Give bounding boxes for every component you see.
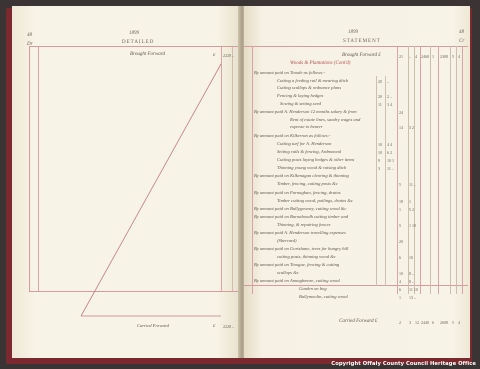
entry-text: By amount paid A. Henderson travelling e…: [254, 230, 346, 235]
right-column-heading: STATEMENT: [343, 39, 381, 44]
entry-amount: 11 10: [409, 287, 418, 292]
entry-amount: 3 2: [409, 125, 414, 130]
cf-amount: 2608: [440, 320, 448, 325]
entry-amount: 18: [399, 199, 403, 204]
entry-text: Ballymoolin, cutting wood: [299, 294, 348, 299]
entry-amount: 3: [378, 166, 380, 171]
entry-text: By amount paid A. Henderson 12 months sa…: [254, 109, 357, 114]
right-year: 1899: [348, 30, 358, 35]
entry-text: Timber cutting wood, pailings, drains &c: [277, 198, 353, 203]
entry-amount: 4: [399, 279, 401, 284]
entry-text: Timber, fencing, cutting posts &c: [277, 181, 338, 186]
entry-amount: 8 –: [409, 271, 414, 276]
entry-amount: 11 –: [387, 166, 394, 171]
right-amount-rule-4: [420, 46, 421, 294]
right-amount-rule-5: [430, 46, 431, 294]
entry-amount: 8 –: [409, 279, 414, 284]
entry-text: By amount paid on Ballygowney, cutting w…: [254, 206, 346, 211]
entry-text: expense to bearer: [290, 124, 322, 129]
right-brought-forward-label: Brought Forward £: [342, 53, 381, 58]
right-amount-rule-1: [397, 46, 398, 294]
entry-amount: 10 1: [387, 158, 394, 163]
entry-text: Rent of estate lines, sundry wages and: [290, 117, 360, 122]
cf-amount: 6: [432, 320, 434, 325]
cancel-diagonal-line: [12, 6, 240, 358]
entry-text: cutting posts, thinning wood &c: [277, 254, 336, 259]
bf-amount: 4: [415, 54, 417, 59]
copyright-watermark: Copyright Offaly County Council Heritage…: [331, 361, 476, 367]
bf-amount: 1: [432, 54, 434, 59]
entry-amount: 13 –: [409, 295, 416, 300]
entry-text: By amount paid on Farnaghan, fencing, dr…: [254, 190, 341, 195]
entry-text: By amount paid on Tinogue, fencing & cut…: [254, 262, 339, 267]
left-carried-forward-label: Carried Forward: [137, 323, 169, 328]
right-inner-col-rule: [376, 76, 377, 286]
entry-text: scallops &c: [277, 270, 299, 275]
entry-text: Cutting posts laying hedges & other item…: [277, 157, 354, 162]
cf-amount: 4: [458, 320, 460, 325]
entry-amount: 2 –: [387, 94, 392, 99]
section-heading: Woods & Plantations (Cont'd): [290, 61, 350, 66]
bf-amount: 5: [452, 54, 454, 59]
entry-amount: 6 2: [387, 150, 392, 155]
left-carried-forward-symbol: £: [213, 323, 215, 328]
entry-text: Thinning, & repairing fences: [277, 222, 330, 227]
left-carried-forward-amount: 2228 –: [223, 324, 234, 329]
entry-amount: 24: [399, 110, 403, 115]
entry-amount: 20: [378, 79, 382, 84]
entry-text: By amount paid on Kilkenagan clearing & …: [254, 173, 349, 178]
ledger-scan: 48 Dr 1899 DETAILED Brought Forward £ 22…: [0, 0, 480, 369]
entry-text: Cutting turf for A. Henderson: [277, 141, 331, 146]
right-top-rule: [244, 46, 468, 47]
entry-text: Cutting a feeding rail & mearing ditch: [277, 78, 348, 83]
cf-amount: 2: [399, 320, 401, 325]
entry-text: Cutting scallops & ordnance plans: [277, 85, 341, 90]
right-amount-rule-8: [456, 46, 457, 294]
bf-amount: 21: [399, 54, 403, 59]
entry-amount: 10: [378, 150, 382, 155]
right-folio-number: 48: [459, 30, 464, 35]
entry-amount: 6: [399, 255, 401, 260]
cf-amount: 3: [409, 320, 411, 325]
entry-amount: 9: [378, 158, 380, 163]
entry-text: By amount paid on Barnaboodh cutting tim…: [254, 214, 348, 219]
bf-amount: 4: [458, 54, 460, 59]
right-carried-forward-label: Carried Forward £: [339, 319, 377, 324]
entry-text: By amount paid on Kilkerran as follows:-: [254, 133, 331, 138]
right-amount-rule-9: [462, 46, 463, 294]
entry-text: (Sherrard): [277, 238, 296, 243]
entry-text: Setting rails & fencing, Ardmoneal: [277, 149, 341, 154]
entry-amount: 5 2: [409, 207, 414, 212]
bf-amount: 2468: [421, 54, 429, 59]
bf-amount: –: [409, 54, 411, 59]
entry-amount: 10: [399, 271, 403, 276]
entry-amount: 10: [409, 255, 413, 260]
entry-amount: 3 4: [387, 102, 392, 107]
entry-text: Thinning young wood & raising ditch: [277, 165, 346, 170]
entry-amount: 1: [409, 199, 411, 204]
cf-amount: 5: [452, 320, 454, 325]
entry-amount: 5: [399, 223, 401, 228]
entry-amount: –: [387, 79, 389, 84]
cf-amount: 2440: [421, 320, 429, 325]
entry-text: Fencing & laying hedges: [277, 93, 323, 98]
entry-amount: 20: [378, 94, 382, 99]
entry-text: Garden on bog: [299, 286, 327, 291]
right-page: 1899 STATEMENT 48 Cr Brought Forward £ 2…: [244, 6, 470, 358]
entry-text: By amount paid on Gortshane, trees for h…: [254, 246, 348, 251]
entry-amount: 10: [378, 142, 382, 147]
right-amount-rule-6: [438, 46, 439, 294]
entry-text: By amount paid on Tinode as follows:-: [254, 70, 325, 75]
cf-amount: 12: [415, 320, 419, 325]
entry-amount: 1 10: [409, 223, 416, 228]
bf-amount: 2308: [440, 54, 448, 59]
right-ref-rule: [252, 46, 253, 294]
entry-amount: 20: [399, 239, 403, 244]
right-inner-col-rule-2: [385, 76, 386, 286]
entry-amount: 1: [399, 295, 401, 300]
entry-amount: 14: [399, 125, 403, 130]
right-side-marker: Cr: [459, 39, 464, 44]
entry-amount: 6: [399, 287, 401, 292]
right-amount-rule-7: [450, 46, 451, 294]
entry-amount: 11: [378, 102, 382, 107]
entry-amount: 5: [399, 182, 401, 187]
entry-amount: 1: [399, 207, 401, 212]
entry-text: By amount paid on Annaghmore, cutting wo…: [254, 278, 340, 283]
entry-amount: 11 –: [409, 182, 416, 187]
entry-amount: 4 4: [387, 142, 392, 147]
entry-text: Sowing & setting seed: [280, 101, 321, 106]
right-amount-rule-3: [414, 46, 415, 294]
left-page: 48 Dr 1899 DETAILED Brought Forward £ 22…: [12, 6, 240, 358]
right-bottom-rule: [244, 285, 468, 286]
